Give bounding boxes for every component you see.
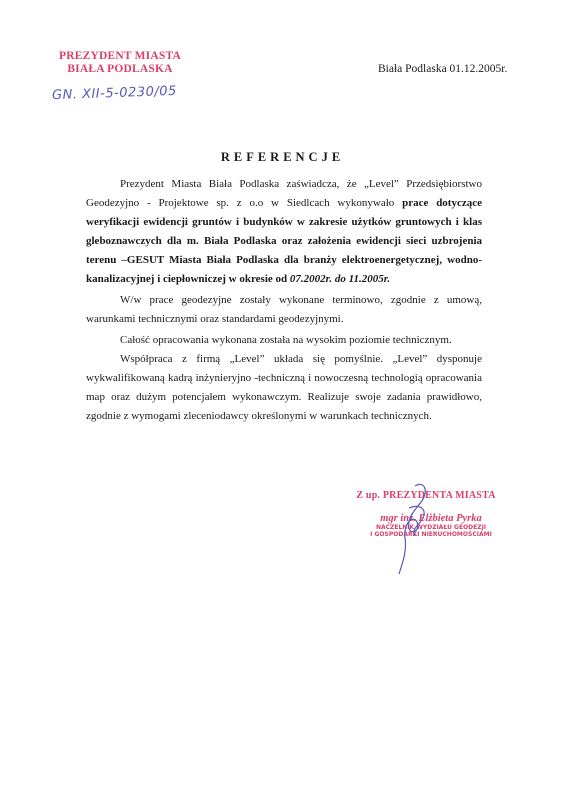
stamp-line-2: BIAŁA PODLASKA	[40, 63, 200, 76]
handwritten-signature	[385, 478, 445, 578]
office-stamp: PREZYDENT MIASTA BIAŁA PODLASKA	[40, 50, 200, 76]
handwritten-reference-number: GN. XII-5-0230/05	[52, 84, 177, 103]
place-and-date: Biała Podlaska 01.12.2005r.	[378, 63, 507, 75]
paragraph-1-scope: prace dotyczące weryfikacji ewidencji gr…	[86, 197, 482, 285]
paragraph-1: Prezydent Miasta Biała Podlaska zaświadc…	[86, 175, 482, 289]
paragraph-1-period: 07.2002r. do 11.2005r.	[290, 273, 390, 285]
letter-body: Prezydent Miasta Biała Podlaska zaświadc…	[86, 175, 482, 426]
paragraph-2: W/w prace geodezyjne zostały wykonane te…	[86, 291, 482, 329]
paragraph-4: Współpraca z firmą „Level” układa się po…	[86, 350, 482, 426]
paragraph-3: Całość opracowania wykonana została na w…	[86, 331, 482, 350]
stamp-line-1: PREZYDENT MIASTA	[40, 50, 200, 63]
document-title: REFERENCJE	[0, 150, 565, 165]
